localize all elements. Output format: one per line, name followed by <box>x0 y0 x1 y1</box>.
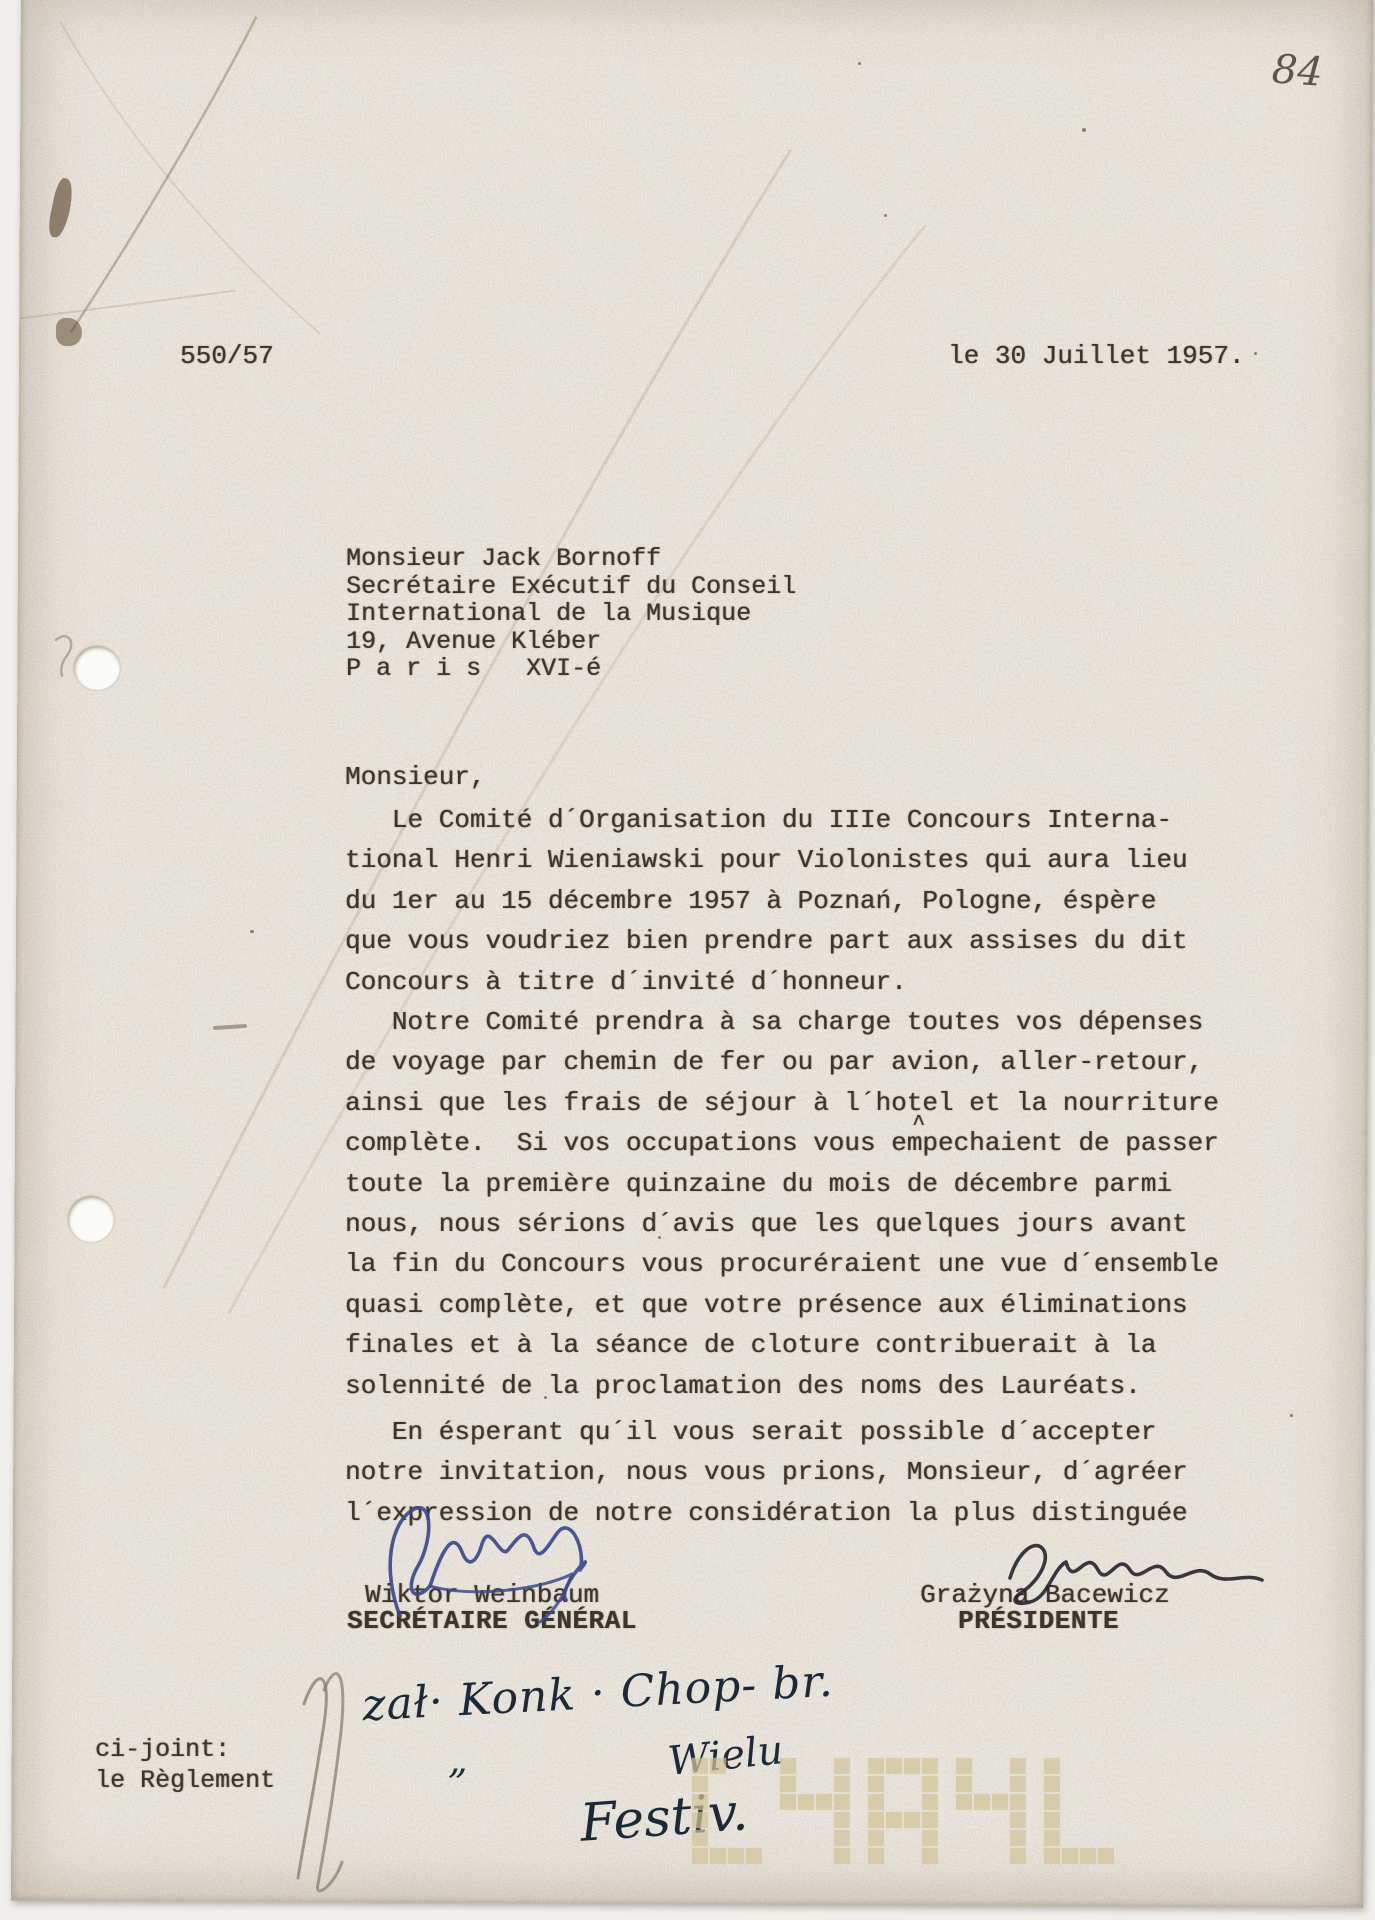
watermark-pixel <box>904 1758 920 1774</box>
watermark-pixel <box>728 1848 744 1864</box>
ink-speck <box>1254 352 1257 355</box>
watermark-pixel <box>692 1812 708 1828</box>
watermark-pixel <box>746 1848 762 1864</box>
watermark-pixel <box>868 1794 884 1810</box>
watermark-pixel <box>1080 1848 1096 1864</box>
cyryl-watermark <box>692 1758 1122 1868</box>
handwritten-note-ditto: „ <box>448 1738 468 1782</box>
watermark-pixel <box>868 1830 884 1846</box>
watermark-pixel <box>692 1758 708 1774</box>
watermark-pixel <box>904 1812 920 1828</box>
enclosure-note: ci-joint: le Règlement <box>95 1734 275 1796</box>
watermark-pixel <box>1044 1812 1060 1828</box>
watermark-pixel <box>798 1794 814 1810</box>
watermark-pixel <box>868 1758 884 1774</box>
watermark-pixel <box>834 1830 850 1846</box>
watermark-pixel <box>1010 1758 1026 1774</box>
watermark-pixel <box>886 1812 902 1828</box>
ink-speck <box>858 62 861 65</box>
insertion-caret-mark: ^ <box>912 1112 925 1137</box>
watermark-pixel <box>886 1758 902 1774</box>
watermark-pixel <box>1098 1848 1114 1864</box>
watermark-pixel <box>834 1812 850 1828</box>
watermark-pixel <box>1010 1830 1026 1846</box>
watermark-pixel <box>974 1794 990 1810</box>
watermark-pixel <box>922 1830 938 1846</box>
watermark-pixel <box>868 1848 884 1864</box>
watermark-pixel <box>922 1848 938 1864</box>
body-paragraph-1: Le Comité d´Organisation du IIIe Concour… <box>345 800 1188 1002</box>
watermark-pixel <box>1044 1776 1060 1792</box>
watermark-pixel <box>692 1776 708 1792</box>
watermark-pixel <box>780 1794 796 1810</box>
ink-speck <box>1290 1414 1293 1417</box>
watermark-pixel <box>1010 1776 1026 1792</box>
watermark-pixel <box>1044 1830 1060 1846</box>
punch-hole-bottom <box>68 1196 114 1242</box>
salutation: Monsieur, <box>345 762 485 792</box>
watermark-pixel <box>922 1812 938 1828</box>
signatory-right-title: PRÉSIDENTE <box>958 1606 1119 1636</box>
watermark-pixel <box>1044 1758 1060 1774</box>
watermark-pixel <box>692 1794 708 1810</box>
watermark-pixel <box>692 1848 708 1864</box>
date-line: le 30 Juillet 1957. <box>948 341 1244 371</box>
watermark-pixel <box>956 1776 972 1792</box>
punch-hole-top <box>74 646 120 690</box>
watermark-pixel <box>816 1794 832 1810</box>
watermark-pixel <box>922 1794 938 1810</box>
watermark-pixel <box>780 1758 796 1774</box>
watermark-pixel <box>692 1830 708 1846</box>
watermark-pixel <box>834 1848 850 1864</box>
watermark-pixel <box>1062 1848 1078 1864</box>
body-paragraph-3: En ésperant qu´il vous serait possible d… <box>345 1412 1188 1533</box>
watermark-pixel <box>956 1794 972 1810</box>
watermark-pixel <box>956 1758 972 1774</box>
watermark-pixel <box>834 1776 850 1792</box>
watermark-pixel <box>1044 1794 1060 1810</box>
watermark-pixel <box>868 1812 884 1828</box>
page-number-pencil: 84 <box>1270 46 1324 95</box>
paper-debris <box>56 318 82 346</box>
recipient-address: Monsieur Jack Bornoff Secrétaire Exécuti… <box>346 545 796 683</box>
ink-speck <box>884 214 887 217</box>
watermark-pixel <box>1044 1848 1060 1864</box>
signatory-left-title: SECRÉTAIRE GÉNÉRAL <box>347 1606 637 1636</box>
watermark-pixel <box>868 1776 884 1792</box>
watermark-pixel <box>922 1776 938 1792</box>
watermark-pixel <box>992 1794 1008 1810</box>
watermark-pixel <box>834 1794 850 1810</box>
watermark-pixel <box>1010 1812 1026 1828</box>
watermark-pixel <box>922 1758 938 1774</box>
watermark-pixel <box>780 1776 796 1792</box>
watermark-pixel <box>834 1758 850 1774</box>
ink-speck <box>250 930 254 933</box>
reference-number: 550/57 <box>180 341 274 371</box>
watermark-pixel <box>710 1758 726 1774</box>
body-paragraph-2: Notre Comité prendra à sa charge toutes … <box>345 1002 1219 1406</box>
watermark-pixel <box>710 1848 726 1864</box>
scanned-letter-page: 550/57 le 30 Juillet 1957. Monsieur Jack… <box>0 0 1375 1920</box>
ink-speck <box>1082 128 1086 132</box>
watermark-pixel <box>1010 1794 1026 1810</box>
watermark-pixel <box>1010 1848 1026 1864</box>
